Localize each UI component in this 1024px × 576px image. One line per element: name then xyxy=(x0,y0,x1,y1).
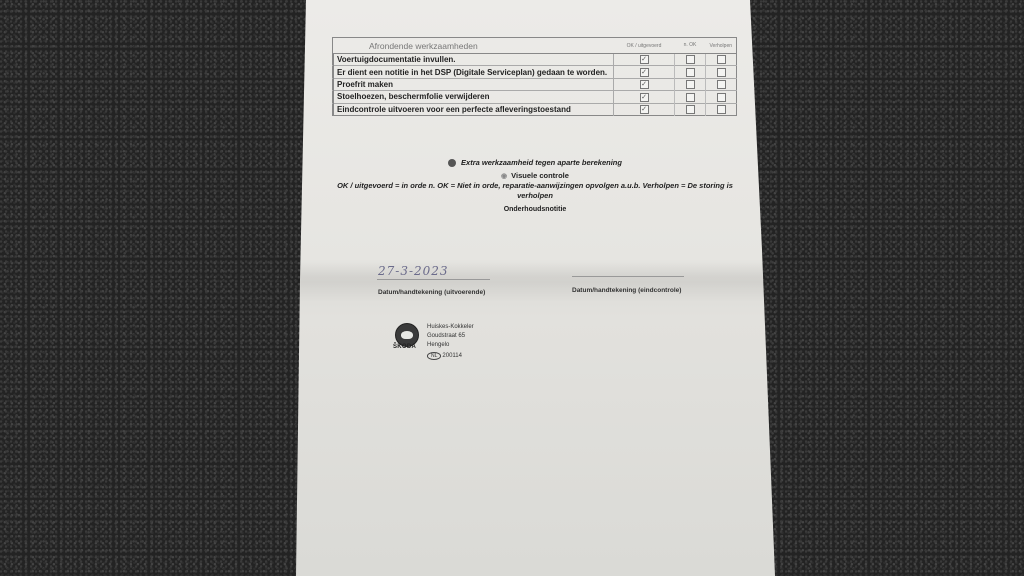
fixed-checkbox[interactable] xyxy=(717,105,726,114)
checklist-table: Afrondende werkzaamheden OK / uitgevoerd… xyxy=(332,37,737,116)
task-label: Voertuigdocumentatie invullen. xyxy=(334,54,614,66)
column-not-ok: n. OK xyxy=(675,38,706,54)
executor-signature-line xyxy=(377,279,490,280)
dealer-city: Hengelo xyxy=(427,341,474,350)
not-ok-cell xyxy=(675,54,706,66)
task-label: Stoelhoezen, beschermfolie verwijderen xyxy=(334,91,614,103)
checklist-row: Stoelhoezen, beschermfolie verwijderen✓ xyxy=(333,91,737,103)
ok-checkbox[interactable]: ✓ xyxy=(640,80,649,89)
brand-name: ŠKODA xyxy=(393,344,416,350)
checklist-header: Afrondende werkzaamheden OK / uitgevoerd… xyxy=(333,38,737,54)
column-ok: OK / uitgevoerd xyxy=(614,38,675,54)
visual-check-text: Visuele controle xyxy=(511,171,569,180)
country-code-badge: NL xyxy=(427,352,441,360)
task-label: Proefrit maken xyxy=(334,78,614,90)
extra-work-legend: Extra werkzaamheid tegen aparte berekeni… xyxy=(300,158,770,167)
ok-cell: ✓ xyxy=(614,91,675,103)
status-explanation: OK / uitgevoerd = in orde n. OK = Niet i… xyxy=(335,181,735,201)
dealer-number: NL200114 xyxy=(427,352,462,360)
dealer-name: Huiskes-Kokkeler xyxy=(427,323,474,332)
checklist-row: Er dient een notitie in het DSP (Digital… xyxy=(333,66,737,78)
ok-checkbox[interactable]: ✓ xyxy=(640,105,649,114)
fixed-checkbox[interactable] xyxy=(717,68,726,77)
fixed-checkbox[interactable] xyxy=(717,55,726,64)
checklist-title: Afrondende werkzaamheden xyxy=(333,38,614,54)
ok-checkbox[interactable]: ✓ xyxy=(640,55,649,64)
executor-signature-label: Datum/handtekening (uitvoerende) xyxy=(378,289,485,296)
checklist-row: Voertuigdocumentatie invullen.✓ xyxy=(333,54,737,66)
extra-work-dot-icon xyxy=(448,159,456,167)
fixed-checkbox[interactable] xyxy=(717,93,726,102)
visual-check-icon: ◉ xyxy=(501,172,507,180)
fixed-cell xyxy=(706,78,737,90)
extra-work-text: Extra werkzaamheid tegen aparte berekeni… xyxy=(461,158,622,167)
fixed-checkbox[interactable] xyxy=(717,80,726,89)
not-ok-checkbox[interactable] xyxy=(686,68,695,77)
not-ok-checkbox[interactable] xyxy=(686,105,695,114)
executor-handwritten-date: 27-3-2023 xyxy=(378,264,449,278)
task-label: Eindcontrole uitvoeren voor een perfecte… xyxy=(334,103,614,115)
paper-fold xyxy=(296,262,766,302)
maintenance-note-heading: Onderhoudsnotitie xyxy=(300,206,770,213)
checklist-row: Eindcontrole uitvoeren voor een perfecte… xyxy=(333,103,737,115)
not-ok-checkbox[interactable] xyxy=(686,80,695,89)
ok-cell: ✓ xyxy=(614,103,675,115)
ok-cell: ✓ xyxy=(614,78,675,90)
ok-checkbox[interactable]: ✓ xyxy=(640,93,649,102)
visual-check-legend: ◉Visuele controle xyxy=(300,171,770,180)
fixed-cell xyxy=(706,66,737,78)
dealer-address: Huiskes-Kokkeler Goudstraat 65 Hengelo xyxy=(427,323,474,350)
not-ok-checkbox[interactable] xyxy=(686,55,695,64)
task-label: Er dient een notitie in het DSP (Digital… xyxy=(334,66,614,78)
not-ok-cell xyxy=(675,103,706,115)
fixed-cell xyxy=(706,91,737,103)
final-check-signature-line xyxy=(572,276,684,277)
final-check-signature-label: Datum/handtekening (eindcontrole) xyxy=(572,287,681,294)
not-ok-cell xyxy=(675,78,706,90)
ok-checkbox[interactable]: ✓ xyxy=(640,68,649,77)
not-ok-cell xyxy=(675,91,706,103)
dealer-number-value: 200114 xyxy=(442,353,462,359)
column-fixed: Verholpen xyxy=(706,38,737,54)
fixed-cell xyxy=(706,54,737,66)
checklist-row: Proefrit maken✓ xyxy=(333,78,737,90)
not-ok-checkbox[interactable] xyxy=(686,93,695,102)
fixed-cell xyxy=(706,103,737,115)
dealer-street: Goudstraat 65 xyxy=(427,332,474,341)
ok-cell: ✓ xyxy=(614,66,675,78)
not-ok-cell xyxy=(675,66,706,78)
ok-cell: ✓ xyxy=(614,54,675,66)
